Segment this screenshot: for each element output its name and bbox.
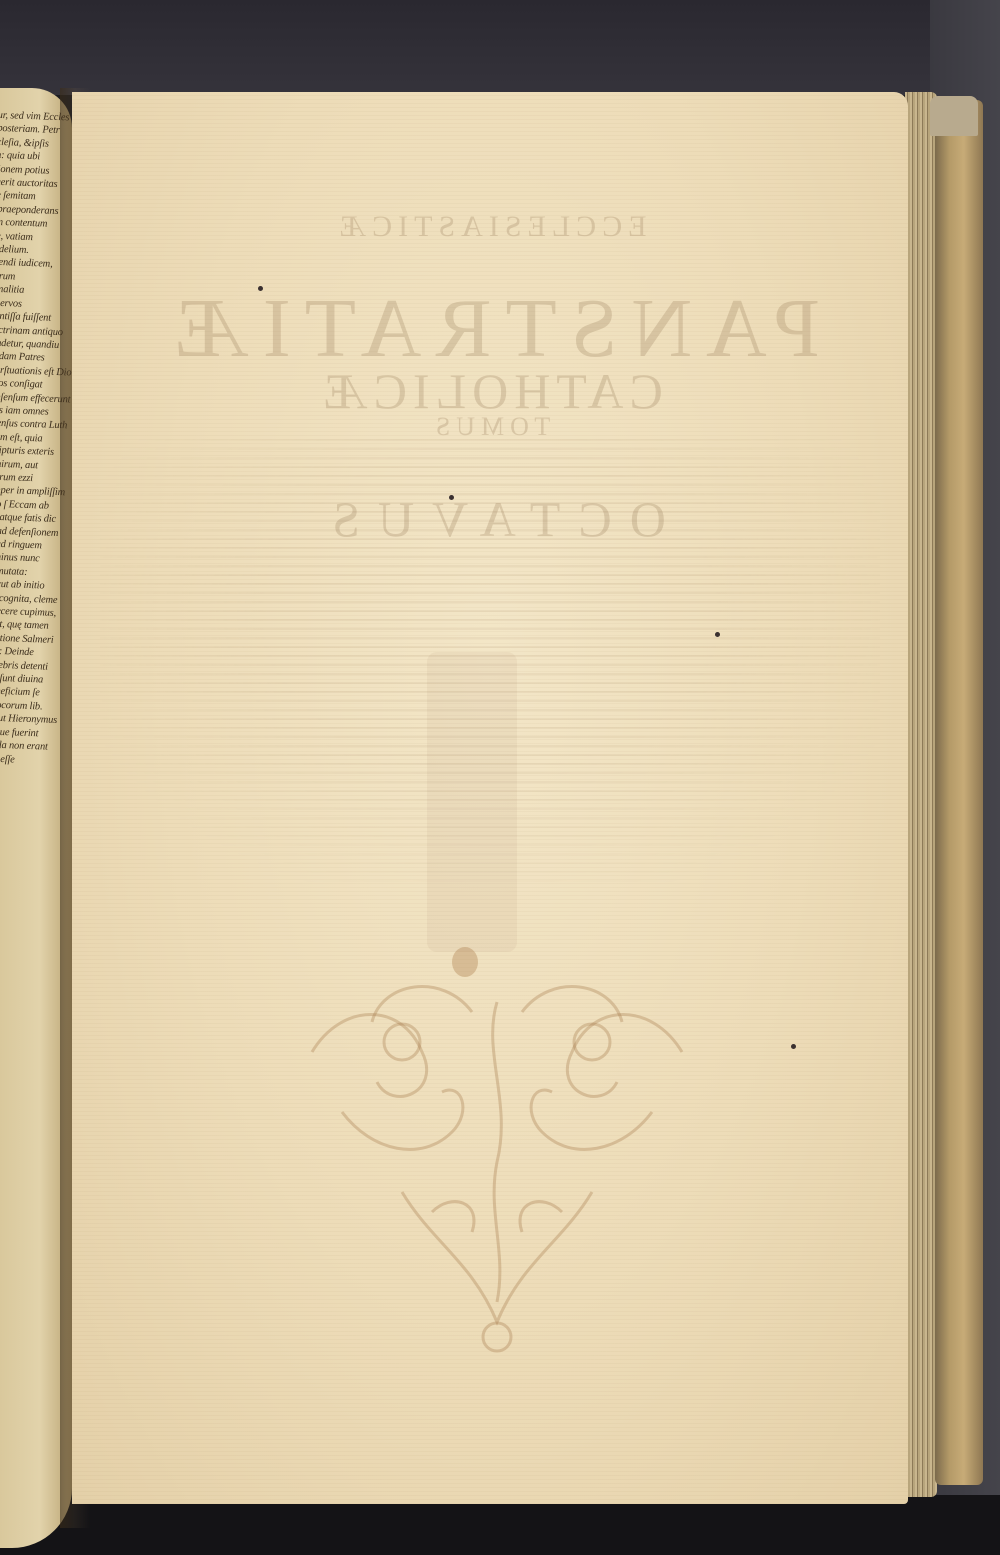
show-through-frontispiece	[427, 652, 517, 952]
show-through-line-1: ECCLESIASTICÆ	[72, 210, 908, 244]
show-through-line-5: OCTAVUS	[72, 490, 908, 548]
paper-speck	[258, 286, 263, 291]
foxing-stain	[452, 947, 478, 977]
show-through-line-4: TOMUS	[72, 412, 908, 442]
background-bottom	[0, 1495, 1000, 1555]
book-binding	[935, 100, 983, 1485]
page-edge-stack	[905, 92, 937, 1497]
paper-speck	[715, 632, 720, 637]
paper-speck	[791, 1044, 796, 1049]
paper-speck	[449, 495, 454, 500]
fleuron-ornament-icon	[282, 962, 712, 1362]
blank-recto-page: ECCLESIASTICÆ PANSTRATIÆ CATHOLICÆ TOMUS…	[72, 92, 908, 1504]
background-top	[0, 0, 1000, 95]
binding-headcap	[930, 96, 978, 136]
